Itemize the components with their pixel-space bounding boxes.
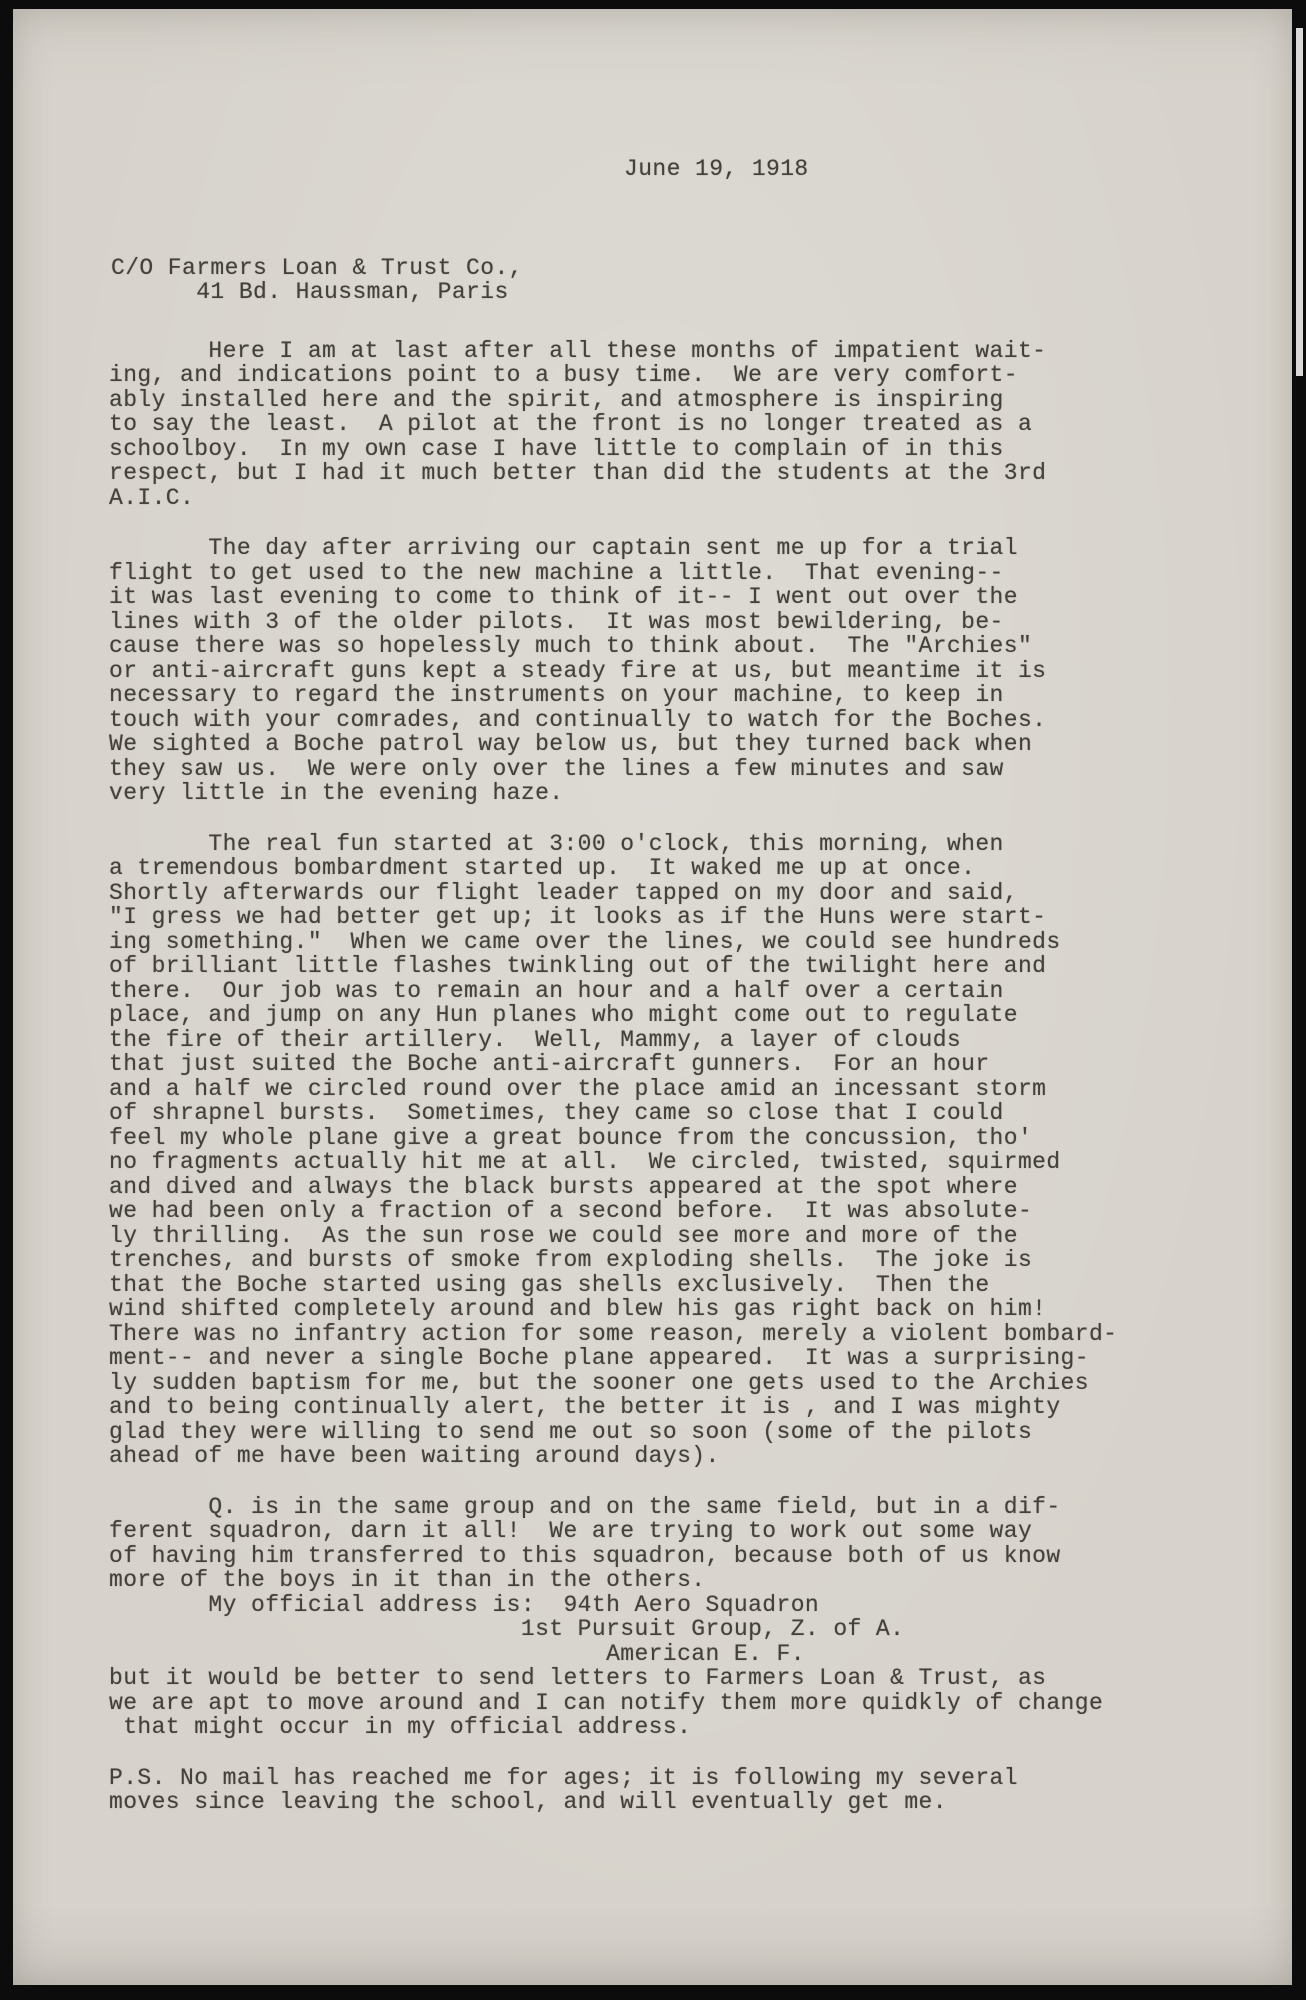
scan-edge-highlight (1296, 28, 1303, 376)
scanned-letter-page: June 19, 1918 C/O Farmers Loan & Trust C… (0, 0, 1306, 2000)
letter-date: June 19, 1918 (624, 157, 1232, 182)
letter-paragraph-1: Here I am at last after all these months… (109, 339, 1232, 511)
letter-paragraph-2: The day after arriving our captain sent … (109, 536, 1232, 806)
letter-postscript: P.S. No mail has reached me for ages; it… (109, 1766, 1232, 1815)
letter-paper: June 19, 1918 C/O Farmers Loan & Trust C… (13, 9, 1292, 1985)
sender-address: C/O Farmers Loan & Trust Co., 41 Bd. Hau… (111, 256, 1232, 305)
letter-paragraph-4: Q. is in the same group and on the same … (109, 1495, 1232, 1740)
letter-paragraph-3: The real fun started at 3:00 o'clock, th… (109, 832, 1232, 1469)
